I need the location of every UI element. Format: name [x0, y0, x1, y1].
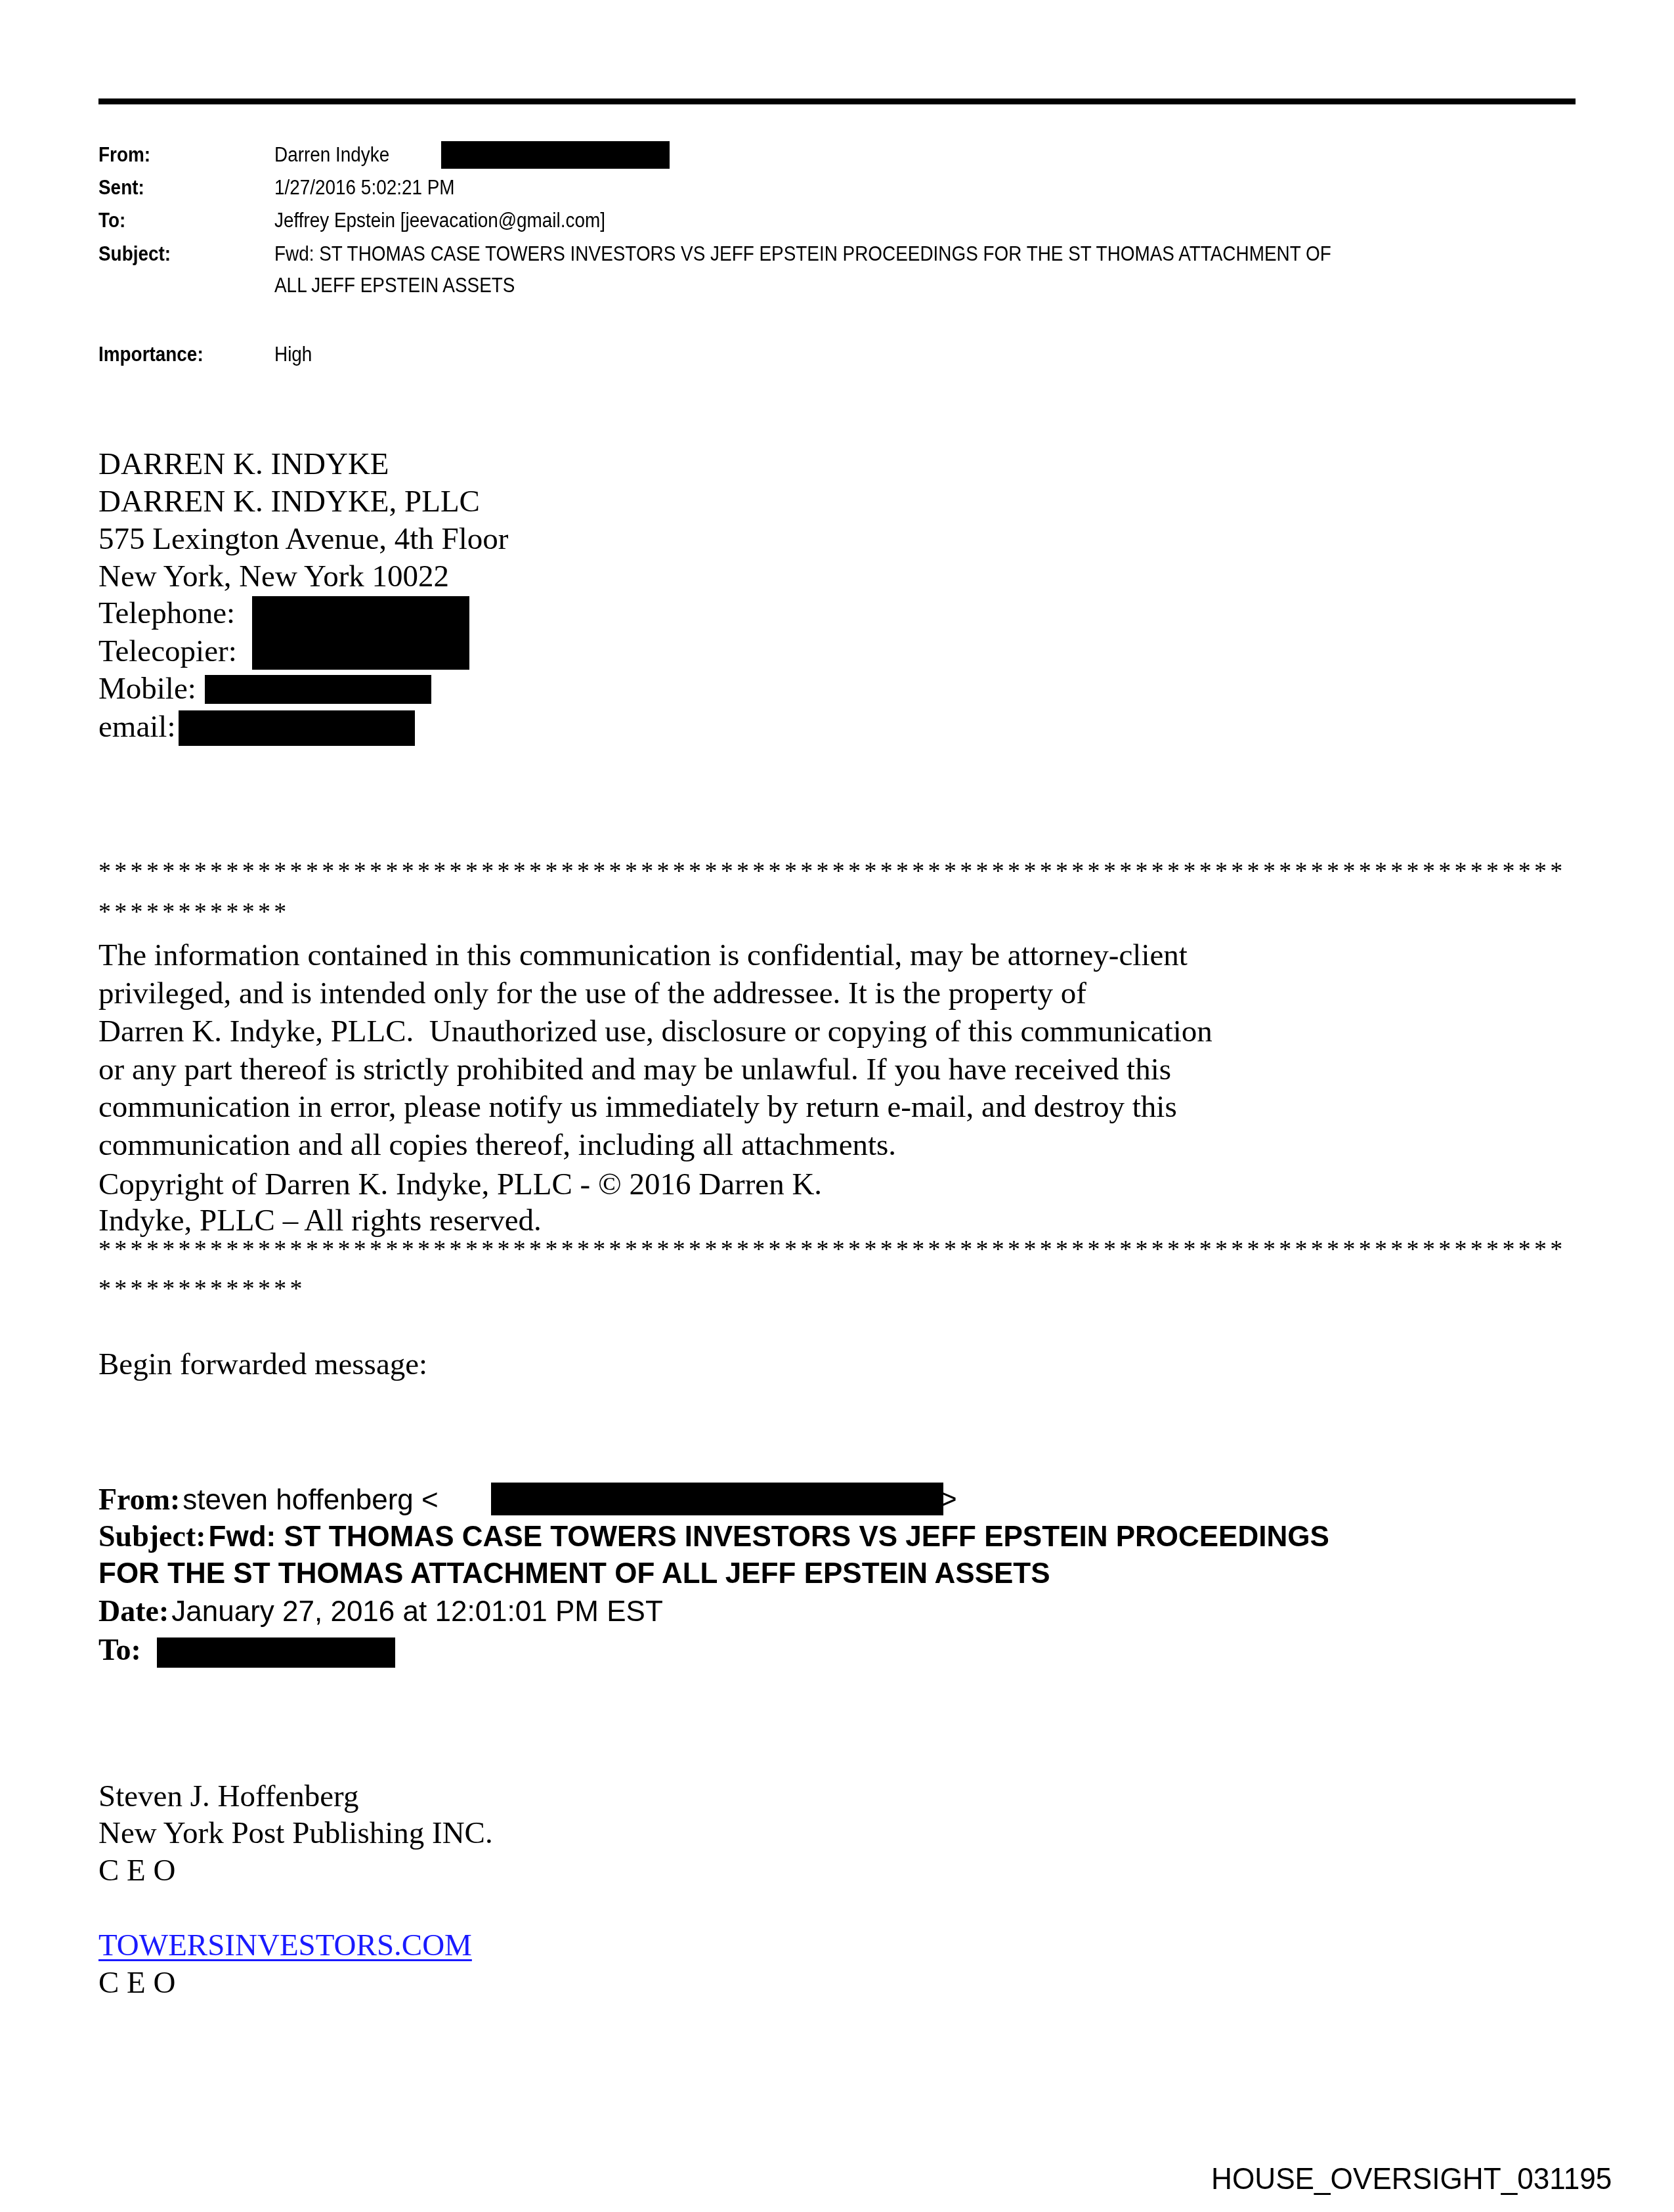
asterisk-divider-bottom: ****************************************… — [98, 1236, 1566, 1263]
fwd-from-end: > — [940, 1483, 957, 1515]
sent-label: Sent: — [98, 171, 144, 204]
redaction-mobile — [205, 675, 431, 704]
signature-name: DARREN K. INDYKE — [98, 446, 389, 483]
fwd-subject-label: Subject: — [98, 1519, 206, 1553]
fwd-row-date: Date: January 27, 2016 at 12:01:01 PM ES… — [98, 1592, 663, 1637]
signature-telephone-label: Telephone: — [98, 595, 235, 632]
from-label: From: — [98, 139, 150, 171]
to-label: To: — [98, 204, 125, 237]
copyright-line-1: Copyright of Darren K. Indyke, PLLC - © … — [98, 1166, 822, 1204]
subject-value-line-1: Fwd: ST THOMAS CASE TOWERS INVESTORS VS … — [274, 238, 1331, 271]
redaction-phone-fax — [252, 596, 469, 670]
redaction-email — [179, 710, 415, 746]
bates-number: HOUSE_OVERSIGHT_031195 — [1211, 2160, 1612, 2197]
forward-intro: Begin forwarded message: — [98, 1346, 427, 1383]
signature-email-label: email: — [98, 708, 175, 746]
fwd-row-to: To: — [98, 1631, 141, 1676]
to-value: Jeffrey Epstein [jeevacation@gmail.com] — [274, 204, 605, 237]
confidentiality-line-2: privileged, and is intended only for the… — [98, 975, 1086, 1013]
asterisk-divider-top-cont: ************ — [98, 899, 290, 925]
towers-investors-link[interactable]: TOWERSINVESTORS.COM — [98, 1927, 472, 1964]
asterisk-divider-top: ****************************************… — [98, 858, 1566, 884]
confidentiality-line-1: The information contained in this commun… — [98, 937, 1188, 975]
redaction-fwd-from-email — [491, 1483, 943, 1515]
fwd-signature-company: New York Post Publishing INC. — [98, 1815, 493, 1852]
signature-mobile-label: Mobile: — [98, 670, 196, 708]
fwd-subject-line-1: Fwd: ST THOMAS CASE TOWERS INVESTORS VS … — [209, 1521, 1329, 1553]
confidentiality-line-3: Darren K. Indyke, PLLC. Unauthorized use… — [98, 1013, 1213, 1051]
from-value: Darren Indyke — [274, 139, 389, 171]
fwd-signature-title-1: C E O — [98, 1852, 176, 1890]
subject-label: Subject: — [98, 238, 171, 271]
fwd-from-value: steven hoffenberg < — [182, 1484, 438, 1516]
top-rule-divider — [98, 98, 1576, 104]
redaction-fwd-to — [157, 1637, 395, 1668]
fwd-signature-name: Steven J. Hoffenberg — [98, 1778, 358, 1815]
confidentiality-line-5: communication in error, please notify us… — [98, 1089, 1177, 1127]
importance-label: Importance: — [98, 338, 204, 371]
subject-value-line-2: ALL JEFF EPSTEIN ASSETS — [274, 269, 515, 302]
fwd-date-label: Date: — [98, 1594, 169, 1628]
signature-firm: DARREN K. INDYKE, PLLC — [98, 483, 480, 521]
fwd-subject-line-2: FOR THE ST THOMAS ATTACHMENT OF ALL JEFF… — [98, 1557, 1050, 1590]
signature-address-1: 575 Lexington Avenue, 4th Floor — [98, 521, 508, 558]
asterisk-divider-bottom-cont: ************* — [98, 1276, 306, 1302]
fwd-from-label: From: — [98, 1483, 180, 1516]
copyright-line-2: Indyke, PLLC – All rights reserved. — [98, 1202, 542, 1240]
redaction-from-email — [441, 141, 670, 169]
document-page: From: Darren Indyke Sent: 1/27/2016 5:02… — [0, 0, 1674, 2212]
confidentiality-line-6: communication and all copies thereof, in… — [98, 1127, 896, 1165]
importance-value: High — [274, 338, 312, 371]
fwd-to-label: To: — [98, 1633, 141, 1666]
fwd-date-value: January 27, 2016 at 12:01:01 PM EST — [171, 1595, 662, 1628]
signature-telecopier-label: Telecopier: — [98, 633, 237, 670]
confidentiality-line-4: or any part thereof is strictly prohibit… — [98, 1051, 1171, 1089]
sent-value: 1/27/2016 5:02:21 PM — [274, 171, 455, 204]
fwd-signature-title-2: C E O — [98, 1964, 176, 2002]
signature-address-2: New York, New York 10022 — [98, 558, 449, 596]
